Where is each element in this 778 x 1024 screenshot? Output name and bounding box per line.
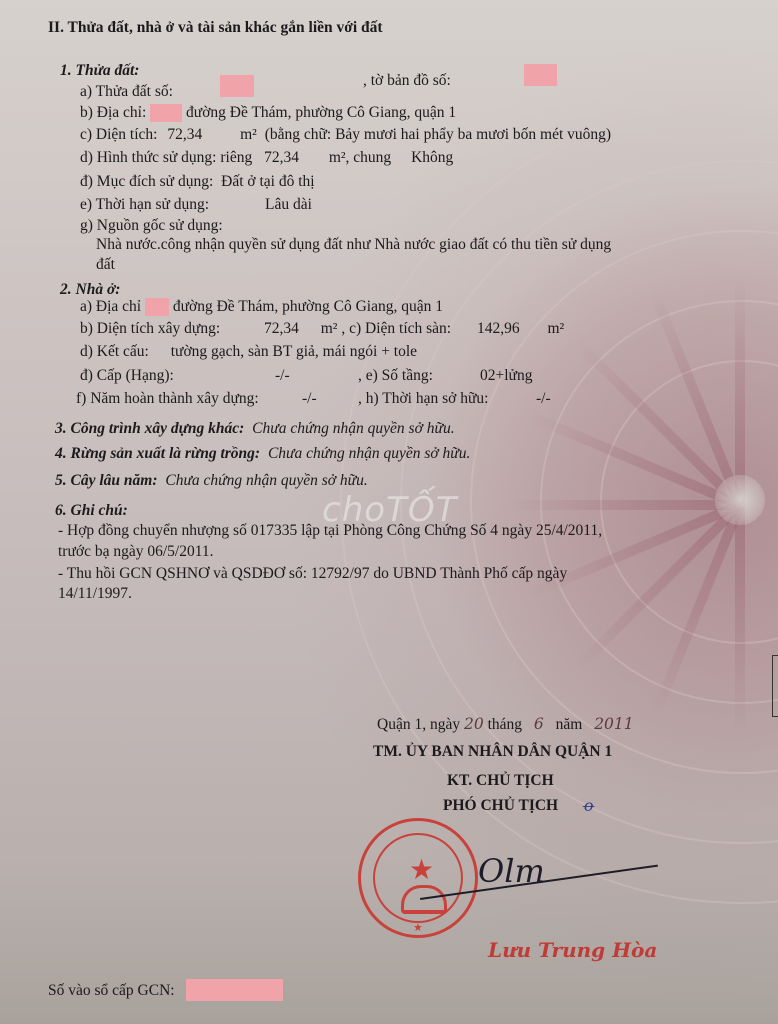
- land-area-label: c) Diện tích:: [80, 126, 157, 143]
- origin-value-1: Nhà nước.công nhận quyền sử dụng đất như…: [96, 236, 611, 254]
- build-area-unit: m²: [321, 320, 338, 337]
- position-2: PHÓ CHỦ TỊCH: [443, 797, 558, 815]
- ownership-term-value: -/-: [536, 390, 551, 408]
- place-date: Quận 1, ngày 20 tháng 6 năm 2011: [377, 715, 634, 734]
- item4-label: 4. Rừng sản xuất là rừng trồng:: [55, 445, 260, 462]
- completion-value: -/-: [302, 390, 317, 408]
- notes-line-3: - Thu hồi GCN QSHNƠ và QSDĐƠ số: 12792/9…: [58, 565, 567, 583]
- grade-value: -/-: [275, 367, 290, 385]
- official-seal: ★ ★: [358, 818, 478, 938]
- land-address-label: b) Địa chỉ:: [80, 104, 146, 121]
- date-day: 20: [464, 715, 484, 733]
- date-year: 2011: [594, 715, 633, 733]
- house-address-value: đường Đề Thám, phường Cô Giang, quận 1: [173, 298, 443, 315]
- notes-heading: 6. Ghi chú:: [55, 502, 128, 520]
- term-value: Lâu dài: [265, 196, 312, 213]
- floors-value: 02+lửng: [480, 367, 532, 385]
- land-heading: 1. Thửa đất:: [60, 62, 139, 80]
- floor-area-label: , c) Diện tích sàn:: [341, 320, 451, 337]
- item3-label: 3. Công trình xây dựng khác:: [55, 420, 244, 437]
- register-number-redacted: [186, 979, 283, 1001]
- date-month: 6: [534, 715, 544, 733]
- perennial-trees-row: 5. Cây lâu năm: Chưa chứng nhận quyền sở…: [55, 472, 368, 490]
- small-star-icon: ★: [413, 921, 423, 934]
- grade-label: đ) Cấp (Hạng):: [80, 367, 174, 384]
- house-address-redacted: [145, 298, 169, 316]
- position-1: KT. CHỦ TỊCH: [447, 772, 554, 790]
- register-label: Số vào sổ cấp GCN:: [48, 982, 175, 999]
- place-date-prefix: Quận 1, ngày: [377, 716, 460, 733]
- structure-row: d) Kết cấu: tường gạch, sàn BT giả, mái …: [80, 343, 417, 361]
- term-row: e) Thời hạn sử dụng: Lâu dài: [80, 196, 312, 214]
- usage-form-private: 72,34: [264, 149, 299, 166]
- grade-row: đ) Cấp (Hạng):: [80, 367, 174, 385]
- ownership-term-label: , h) Thời hạn sở hữu:: [358, 390, 488, 408]
- other-construction-row: 3. Công trình xây dựng khác: Chưa chứng …: [55, 420, 455, 438]
- signer-name: Lưu Trung Hòa: [488, 938, 657, 962]
- map-sheet-redacted: [524, 64, 557, 86]
- land-area-value: 72,34: [167, 126, 202, 143]
- item4-value: Chưa chứng nhận quyền sở hữu.: [268, 445, 470, 462]
- house-heading: 2. Nhà ở:: [60, 281, 120, 299]
- land-address-value: đường Đề Thám, phường Cô Giang, quận 1: [186, 104, 456, 121]
- register-row: Số vào sổ cấp GCN:: [48, 982, 175, 1000]
- land-address-row: b) Địa chỉ: đường Đề Thám, phường Cô Gia…: [80, 104, 456, 122]
- notes-line-1: - Hợp đồng chuyển nhượng số 017335 lập t…: [58, 522, 602, 540]
- completion-label: f) Năm hoàn thành xây dựng:: [76, 390, 259, 408]
- build-area-row: b) Diện tích xây dựng: 72,34 m² , c) Diệ…: [80, 320, 564, 338]
- house-number-redacted: [150, 104, 182, 122]
- build-area-label: b) Diện tích xây dựng:: [80, 320, 220, 337]
- usage-form-label: d) Hình thức sử dụng: riêng: [80, 149, 252, 166]
- usage-form-shared-value: Không: [411, 149, 453, 166]
- structure-value: tường gạch, sàn BT giả, mái ngói + tole: [171, 343, 417, 360]
- item5-value: Chưa chứng nhận quyền sở hữu.: [165, 472, 367, 489]
- section-title: II. Thửa đất, nhà ở và tài sản khác gắn …: [48, 19, 383, 37]
- origin-value-2: đất: [96, 256, 115, 274]
- floor-area-unit: m²: [547, 320, 564, 337]
- term-label: e) Thời hạn sử dụng:: [80, 196, 209, 213]
- parcel-label: a) Thửa đất số:: [80, 83, 173, 100]
- purpose-value: Đất ở tại đô thị: [221, 173, 314, 190]
- purpose-row: đ) Mục đích sử dụng: Đất ở tại đô thị: [80, 173, 315, 191]
- origin-label: g) Nguồn gốc sử dụng:: [80, 217, 223, 235]
- usage-form-shared-label: m², chung: [329, 149, 391, 166]
- month-label: tháng: [488, 716, 522, 733]
- usage-form-row: d) Hình thức sử dụng: riêng 72,34 m², ch…: [80, 149, 453, 167]
- parcel-number-redacted: [220, 75, 254, 97]
- land-area-unit: m²: [240, 126, 257, 143]
- seal-emblem: ★: [373, 833, 463, 923]
- build-area-value: 72,34: [264, 320, 299, 337]
- star-icon: ★: [409, 853, 434, 887]
- floors-label: , e) Số tầng:: [358, 367, 433, 385]
- year-label: năm: [556, 716, 583, 733]
- map-sheet-label: , tờ bản đồ số:: [363, 72, 451, 90]
- issuing-authority: TM. ỦY BAN NHÂN DÂN QUẬN 1: [373, 743, 612, 761]
- production-forest-row: 4. Rừng sản xuất là rừng trồng: Chưa chứ…: [55, 445, 470, 463]
- item3-value: Chưa chứng nhận quyền sở hữu.: [252, 420, 454, 437]
- floor-area-value: 142,96: [477, 320, 520, 337]
- item5-label: 5. Cây lâu năm:: [55, 472, 157, 489]
- land-area-words: (bằng chữ: Bảy mươi hai phẩy ba mươi bốn…: [265, 126, 611, 143]
- gear-icon: [401, 885, 447, 914]
- purpose-label: đ) Mục đích sử dụng:: [80, 173, 213, 190]
- house-address-label: a) Địa chỉ: [80, 298, 141, 315]
- notes-line-2: trước bạ ngày 06/5/2011.: [58, 543, 214, 561]
- notes-line-4: 14/11/1997.: [58, 585, 132, 603]
- land-area-row: c) Diện tích: 72,34 m² (bằng chữ: Bảy mư…: [80, 126, 611, 144]
- structure-label: d) Kết cấu:: [80, 343, 149, 360]
- house-address-row: a) Địa chỉ đường Đề Thám, phường Cô Gian…: [80, 298, 443, 316]
- parcel-row: a) Thửa đất số:: [80, 83, 173, 101]
- initial-mark: ꝋ: [583, 796, 594, 816]
